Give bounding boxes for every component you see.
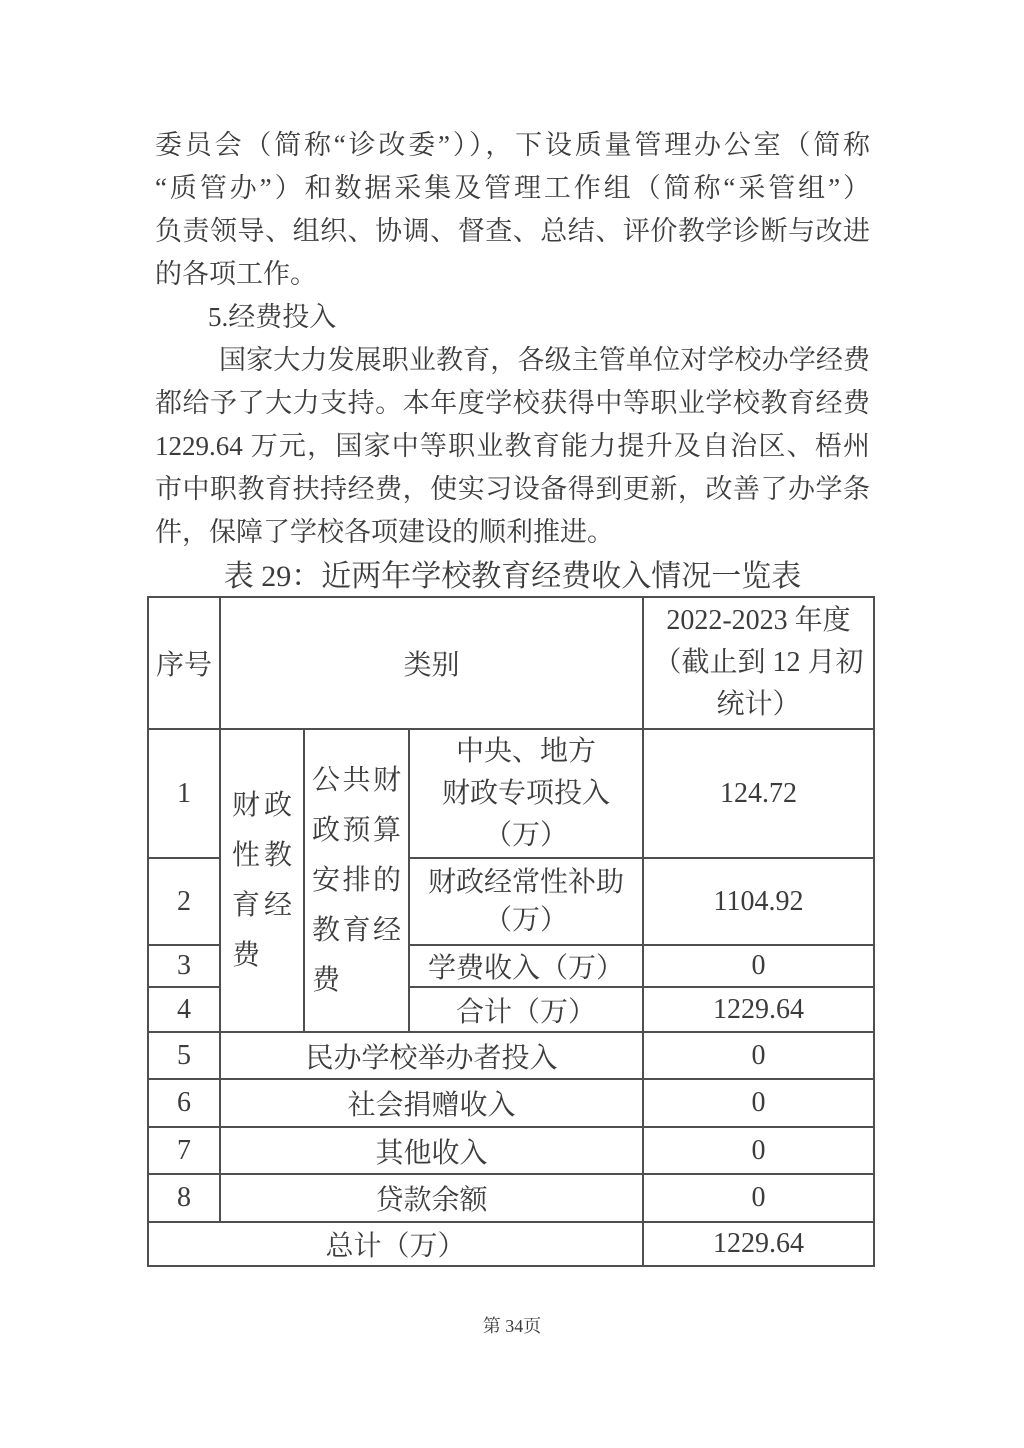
section-heading: 5.经费投入 [155, 296, 870, 339]
paragraph-line: 件，保障了学校各项建设的顺利推进。 [155, 511, 870, 554]
table-header-row: 序号 类别 2022-2023 年度 （截止到 12 月初 统计） [148, 597, 874, 729]
paragraph-line: “质管办”）和数据采集及管理工作组（简称“采管组”） [155, 167, 870, 210]
table-row: 6 社会捐赠收入 0 [148, 1079, 874, 1127]
page-number: 第 34页 [0, 1312, 1024, 1338]
paragraph-line: 都给予了大力支持。本年度学校获得中等职业学校教育经费 [155, 382, 870, 425]
table-row: 5 民办学校举办者投入 0 [148, 1032, 874, 1079]
table-row: 1 财政 性教 育经 费 公共财 政预算 安排的 教育经 费 中央、地方 财政专… [148, 729, 874, 858]
header-category: 类别 [220, 597, 643, 729]
cell-item: 民办学校举办者投入 [220, 1032, 643, 1079]
cell-group-public-budget-funds: 公共财 政预算 安排的 教育经 费 [304, 729, 409, 1032]
cell-group-fiscal-education-funds: 财政 性教 育经 费 [220, 729, 304, 1032]
paragraph-line: 委员会（简称“诊改委”）），下设质量管理办公室（简称 [155, 124, 870, 167]
cell-value: 0 [643, 1127, 874, 1174]
document-page: 委员会（简称“诊改委”）），下设质量管理办公室（简称 “质管办”）和数据采集及管… [0, 0, 1024, 1448]
cell-total-label: 总计（万） [148, 1222, 643, 1266]
cell-value: 124.72 [643, 729, 874, 858]
cell-item: 贷款余额 [220, 1174, 643, 1222]
header-serial-number: 序号 [148, 597, 220, 729]
cell-value: 1229.64 [643, 987, 874, 1032]
cell-item: 其他收入 [220, 1127, 643, 1174]
cell-value: 0 [643, 1032, 874, 1079]
cell-value: 0 [643, 1174, 874, 1222]
cell-item: 财政经常性补助 （万） [409, 858, 643, 945]
paragraph-funding: 国家大力发展职业教育，各级主管单位对学校办学经费 都给予了大力支持。本年度学校获… [155, 339, 870, 554]
cell-serial: 5 [148, 1032, 220, 1079]
funding-table: 序号 类别 2022-2023 年度 （截止到 12 月初 统计） 1 财政 性… [147, 596, 875, 1267]
cell-value: 0 [643, 1079, 874, 1127]
paragraph-line: 负责领导、组织、协调、督查、总结、评价教学诊断与改进 [155, 210, 870, 253]
paragraph-line: 市中职教育扶持经费，使实习设备得到更新，改善了办学条 [155, 468, 870, 511]
cell-item: 社会捐赠收入 [220, 1079, 643, 1127]
cell-total-value: 1229.64 [643, 1222, 874, 1266]
paragraph-line: 国家大力发展职业教育，各级主管单位对学校办学经费 [155, 339, 870, 382]
cell-value: 1104.92 [643, 858, 874, 945]
cell-serial: 1 [148, 729, 220, 858]
cell-serial: 2 [148, 858, 220, 945]
cell-item: 学费收入（万） [409, 945, 643, 987]
cell-serial: 6 [148, 1079, 220, 1127]
cell-item: 合计（万） [409, 987, 643, 1032]
table-row: 8 贷款余额 0 [148, 1174, 874, 1222]
cell-serial: 7 [148, 1127, 220, 1174]
cell-serial: 8 [148, 1174, 220, 1222]
cell-serial: 4 [148, 987, 220, 1032]
cell-item: 中央、地方 财政专项投入 （万） [409, 729, 643, 858]
header-period: 2022-2023 年度 （截止到 12 月初 统计） [643, 597, 874, 729]
table-row: 7 其他收入 0 [148, 1127, 874, 1174]
cell-serial: 3 [148, 945, 220, 987]
paragraph-continuation: 委员会（简称“诊改委”）），下设质量管理办公室（简称 “质管办”）和数据采集及管… [155, 124, 870, 296]
paragraph-line: 1229.64 万元，国家中等职业教育能力提升及自治区、梧州 [155, 425, 870, 468]
paragraph-line: 的各项工作。 [155, 253, 870, 296]
cell-value: 0 [643, 945, 874, 987]
table-caption: 表 29：近两年学校教育经费收入情况一览表 [155, 558, 870, 596]
table-total-row: 总计（万） 1229.64 [148, 1222, 874, 1266]
